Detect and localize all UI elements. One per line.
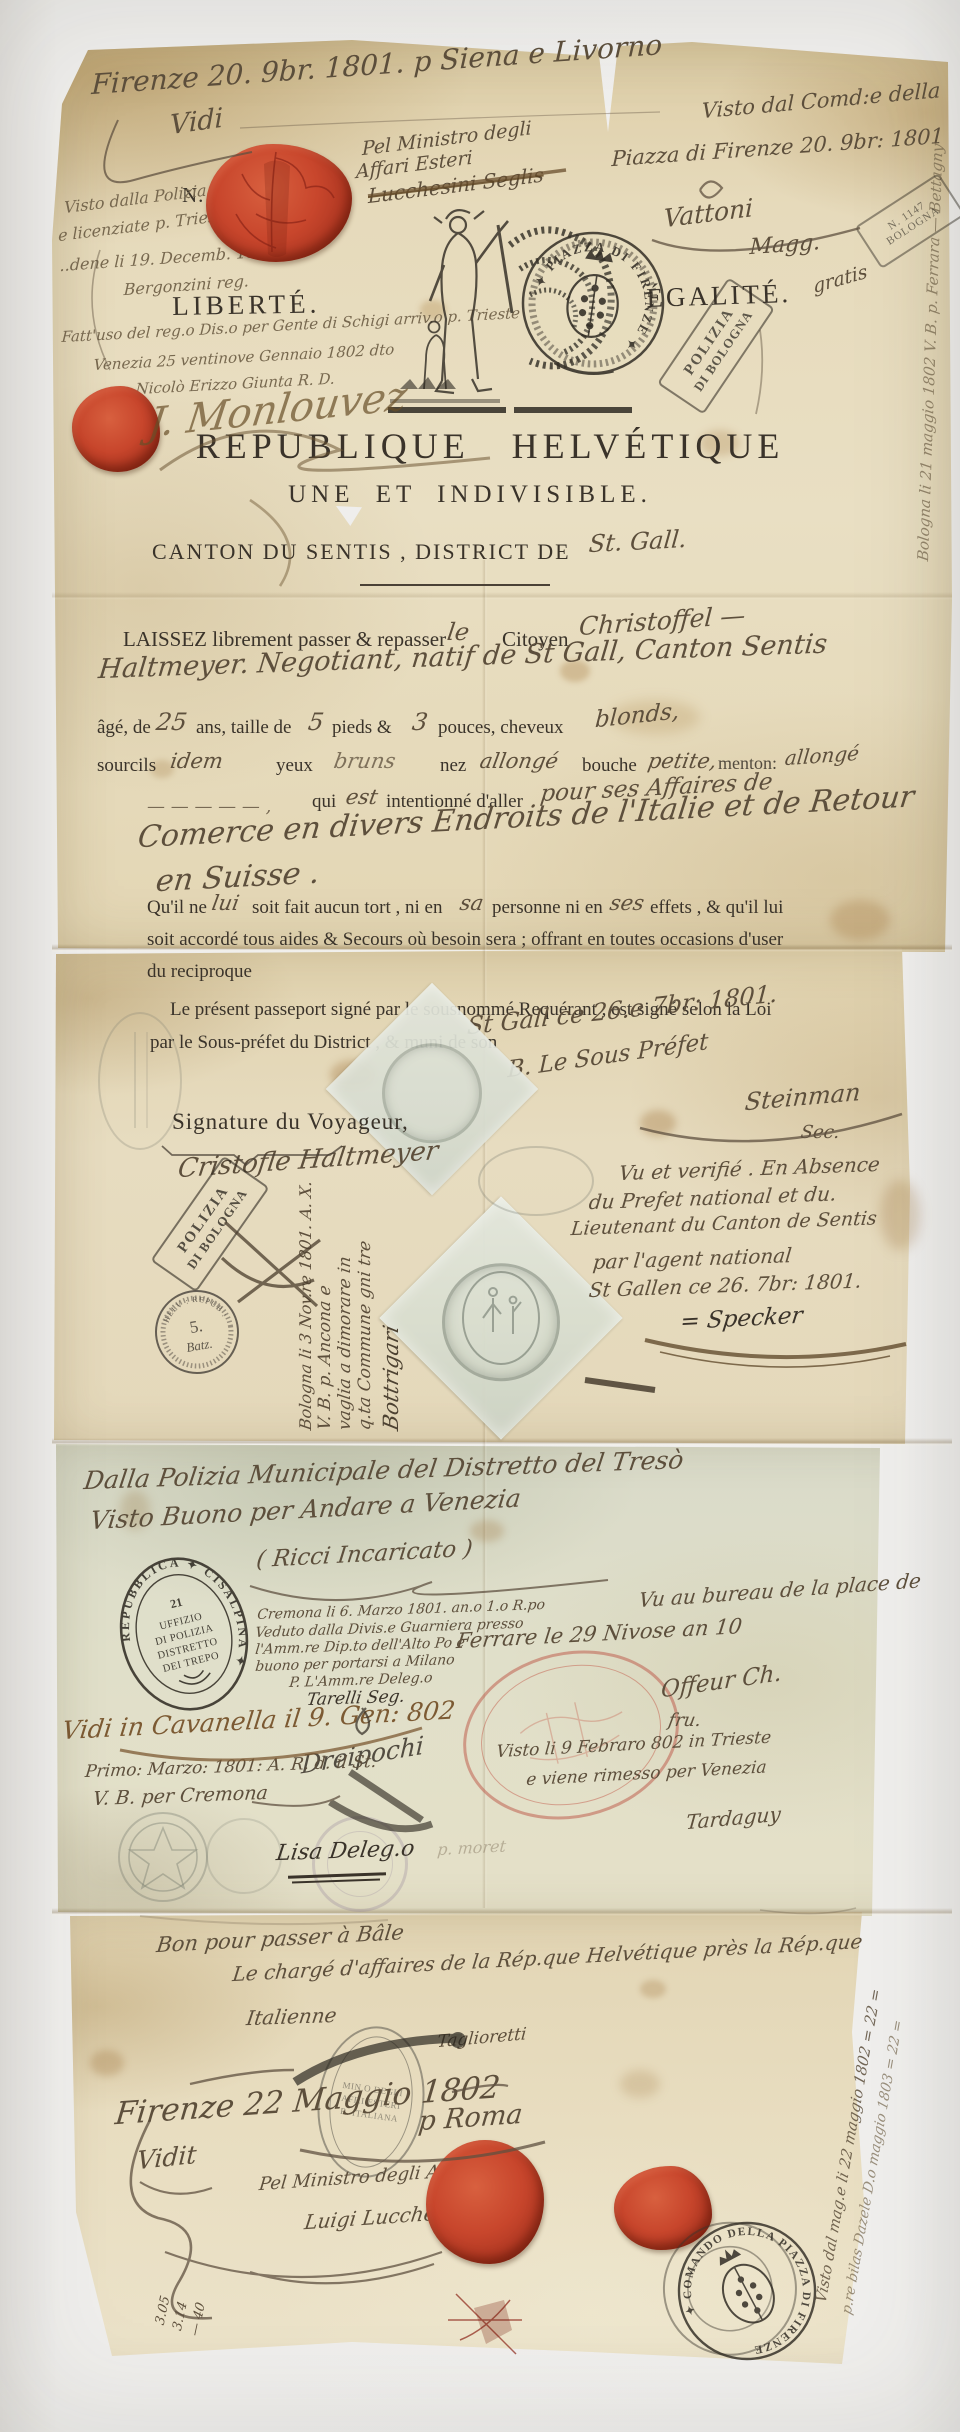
tort-sa: sa (458, 892, 485, 914)
age-printed-4: pouces, cheveux (438, 718, 564, 738)
faded-round-stamp (206, 1818, 282, 1894)
bureau-sub: fru. (667, 1712, 703, 1731)
tort-lui: lui (210, 892, 241, 914)
age-printed-2: ans, taille de (196, 718, 292, 738)
faded-oval-seal-impression (478, 1146, 594, 1216)
yeux-value: bruns (332, 750, 397, 772)
vidit-note: Vidit (136, 2142, 197, 2175)
vertical-note-line: Bologna li 3 Nov.re 1801. A. X. (296, 1157, 315, 1432)
helvetic-5-batz-fee-stamp: HELV : REPUB : 5. Batz. (146, 1281, 248, 1383)
tort-printed-2: soit fait aucun tort , ni en (252, 898, 442, 918)
faded-figure (134, 1032, 148, 1128)
signature-vattoni-rank: Magg. (749, 231, 820, 259)
charge-affaires-2: Italienne (245, 2005, 338, 2029)
tort-printed-1: Qu'il ne (147, 898, 207, 918)
sourcils-value: idem (169, 750, 225, 772)
red-wax-seal-bottom (426, 2140, 544, 2264)
yeux-printed: yeux (276, 756, 313, 776)
document-subtitle: UNE ET INDIVISIBLE. (140, 482, 800, 508)
sourcils-printed: sourcils (97, 756, 156, 776)
nez-value: allongé (478, 750, 560, 772)
svg-text:Batz.: Batz. (185, 1336, 214, 1355)
faint-moret-note: p. moret (437, 1838, 507, 1858)
canton-district-handwritten: St. Gall. (588, 527, 688, 557)
rule-line (360, 584, 550, 586)
nez-printed: nez (440, 756, 466, 776)
lisa-delegato: Lisa Deleg.o (275, 1837, 416, 1865)
age-printed-1: âgé, de (97, 718, 151, 738)
red-wax-seal-large-top (206, 144, 352, 262)
piazza-di-firenze-stamp: ✦ PIAZZA DI FIRENZE ✦ (506, 198, 681, 407)
reciproque-line: du reciproque (147, 962, 252, 982)
vertical-visa-note: Bologna li 3 Nov.re 1801. A. X. V. B. p.… (296, 1158, 403, 1430)
age-printed-3: pieds & (332, 718, 392, 738)
faded-round-stamp-star (118, 1812, 208, 1902)
document-title: REPUBLIQUE HELVÉTIQUE (140, 428, 840, 466)
photograph-of-passport: { "p1": { "top_note": "Firenze 20. 9br. … (0, 0, 960, 2432)
tort-printed-3: personne ni en (492, 898, 603, 918)
tort-ses: ses (608, 892, 646, 914)
signature-voyageur-label: Signature du Voyageur, (172, 1110, 409, 1134)
est-value: est (344, 786, 380, 808)
secours-line: soit accordé tous aides & Secours où bes… (147, 930, 783, 950)
vertical-note-line: V. B. p. Ancona e (315, 1157, 335, 1432)
svg-text:5.: 5. (188, 1316, 204, 1337)
wax-surface (426, 2140, 544, 2264)
age-value: 25 (154, 710, 188, 735)
bouche-printed: bouche (582, 756, 637, 776)
faded-oval-stamp (98, 1012, 182, 1150)
vertical-note-line: vaglia a dimorare in (335, 1157, 355, 1432)
canton-district-line: CANTON DU SENTIS , DISTRICT DE (152, 540, 571, 563)
bouche-value: petite, (646, 750, 718, 772)
steinman-sec: Sec. (799, 1124, 840, 1143)
menton-value: allongé (784, 743, 860, 769)
vertical-note-line: q.ta Commune gni tre (355, 1157, 375, 1432)
vertical-note-signature: Bottrigari (379, 1155, 403, 1432)
tort-printed-4: effets , & qu'il lui (650, 898, 783, 918)
